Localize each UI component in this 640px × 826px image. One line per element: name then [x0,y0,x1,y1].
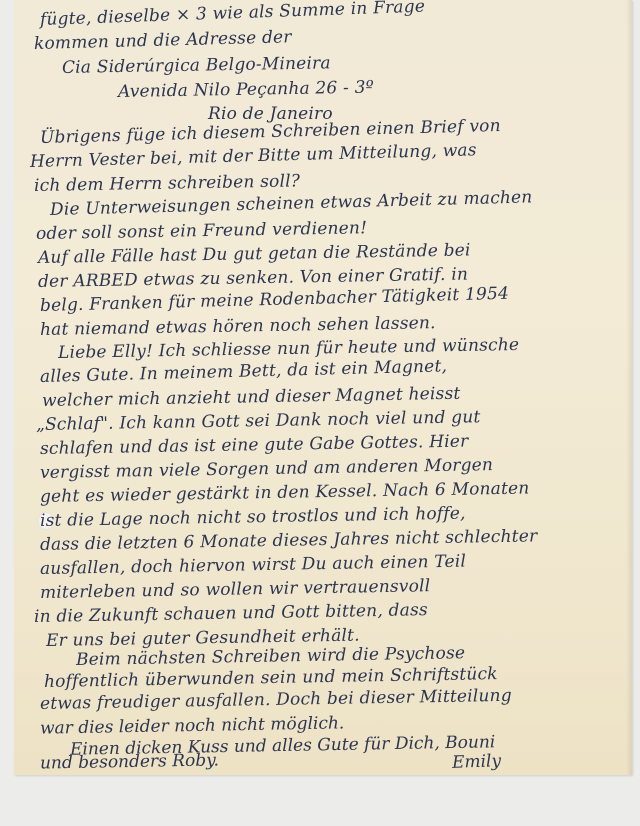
closing-line-2: und besonders Roby. [40,750,219,773]
scanned-letter: fügte, dieselbe × 3 wie als Summe in Fra… [0,0,640,826]
signature: Emily [452,751,502,773]
